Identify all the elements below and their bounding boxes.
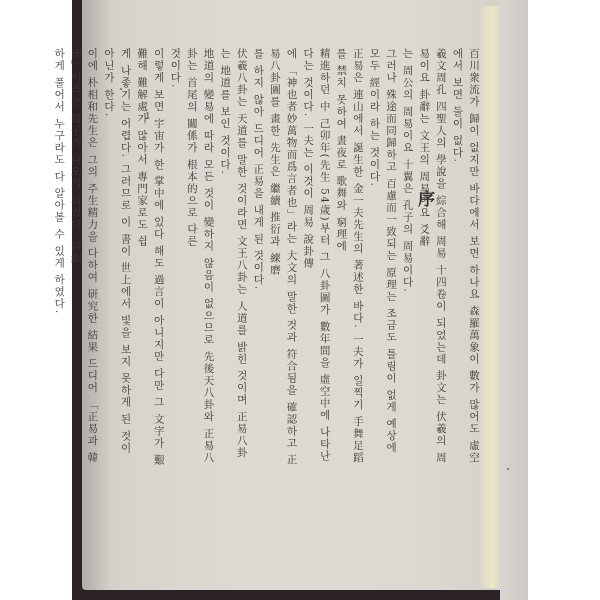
preface-body: 百川衆流가 歸이 없지만 바다에서 보면 하나요 森羅萬象이 數가 많어도 虛空… (51, 48, 482, 468)
text-column: 正易은 連山에서 誕生한 金一夫先生의 著述한 바다. 一夫가 일찍기 手舞足蹈… (333, 48, 366, 468)
text-column: 하게 풀어서 누구라도 다 알아볼 수 있게 하였다. (51, 48, 68, 468)
paper-speck (120, 88, 122, 90)
text-column: 에 「神也者妙萬物而爲言者也」라는 大文의 말한 것과 符合됨을 確認하고 正易… (266, 48, 299, 468)
text-column: 羲文周孔 四聖人의 學說을 綜合해 周易 十四卷이 되었는데 卦文는 伏羲의 周… (416, 48, 449, 468)
text-column: 게 나좋기는 어렵다. 그러므로 이 書이 世上에서 빛을 보지 못하게 된 것… (100, 48, 133, 468)
adjacent-page (500, 0, 528, 600)
text-column: 를 하지 않아 드디어 正易을 내게 된 것이다. (250, 48, 267, 468)
text-column: 것이다. (167, 48, 184, 468)
text-column: 는 周公의 周易이요 十翼은 孔子의 周易이다. (399, 48, 416, 468)
page-edge (480, 6, 500, 588)
text-column: 百川衆流가 歸이 없지만 바다에서 보면 하나요 森羅萬象이 數가 많어도 虛空… (449, 48, 482, 468)
text-column: 그러나 殊途而同歸하고 百慮而一致되는 原理는 조금도 틀림이 없게 예상에 모… (366, 48, 399, 468)
text-column: 地道의 變易에 따라 모든 것이 變하지 않음이 없으므로 先後天八卦와 正易八… (183, 48, 216, 468)
text-column: 伏羲八卦는 天道를 말한 것이라면 文王八卦는 人道를 밝힌 것이며 正易八卦는… (217, 48, 250, 468)
text-column: 이에 朴相和先生은 그의 주生精力을 다하여 研究한 結果 드디어 「正易과 韓… (67, 48, 100, 468)
text-column: 精進하던 中 己卯年(先生 54歲)부터 그 八卦圖가 數年間을 虛空中에 나타… (299, 48, 332, 468)
paper-speck (507, 468, 509, 470)
text-column: 이렇게 보면 宇宙가 한 掌中에 있다 해도 過言이 아니지만 다만 그 文字가… (134, 48, 167, 468)
